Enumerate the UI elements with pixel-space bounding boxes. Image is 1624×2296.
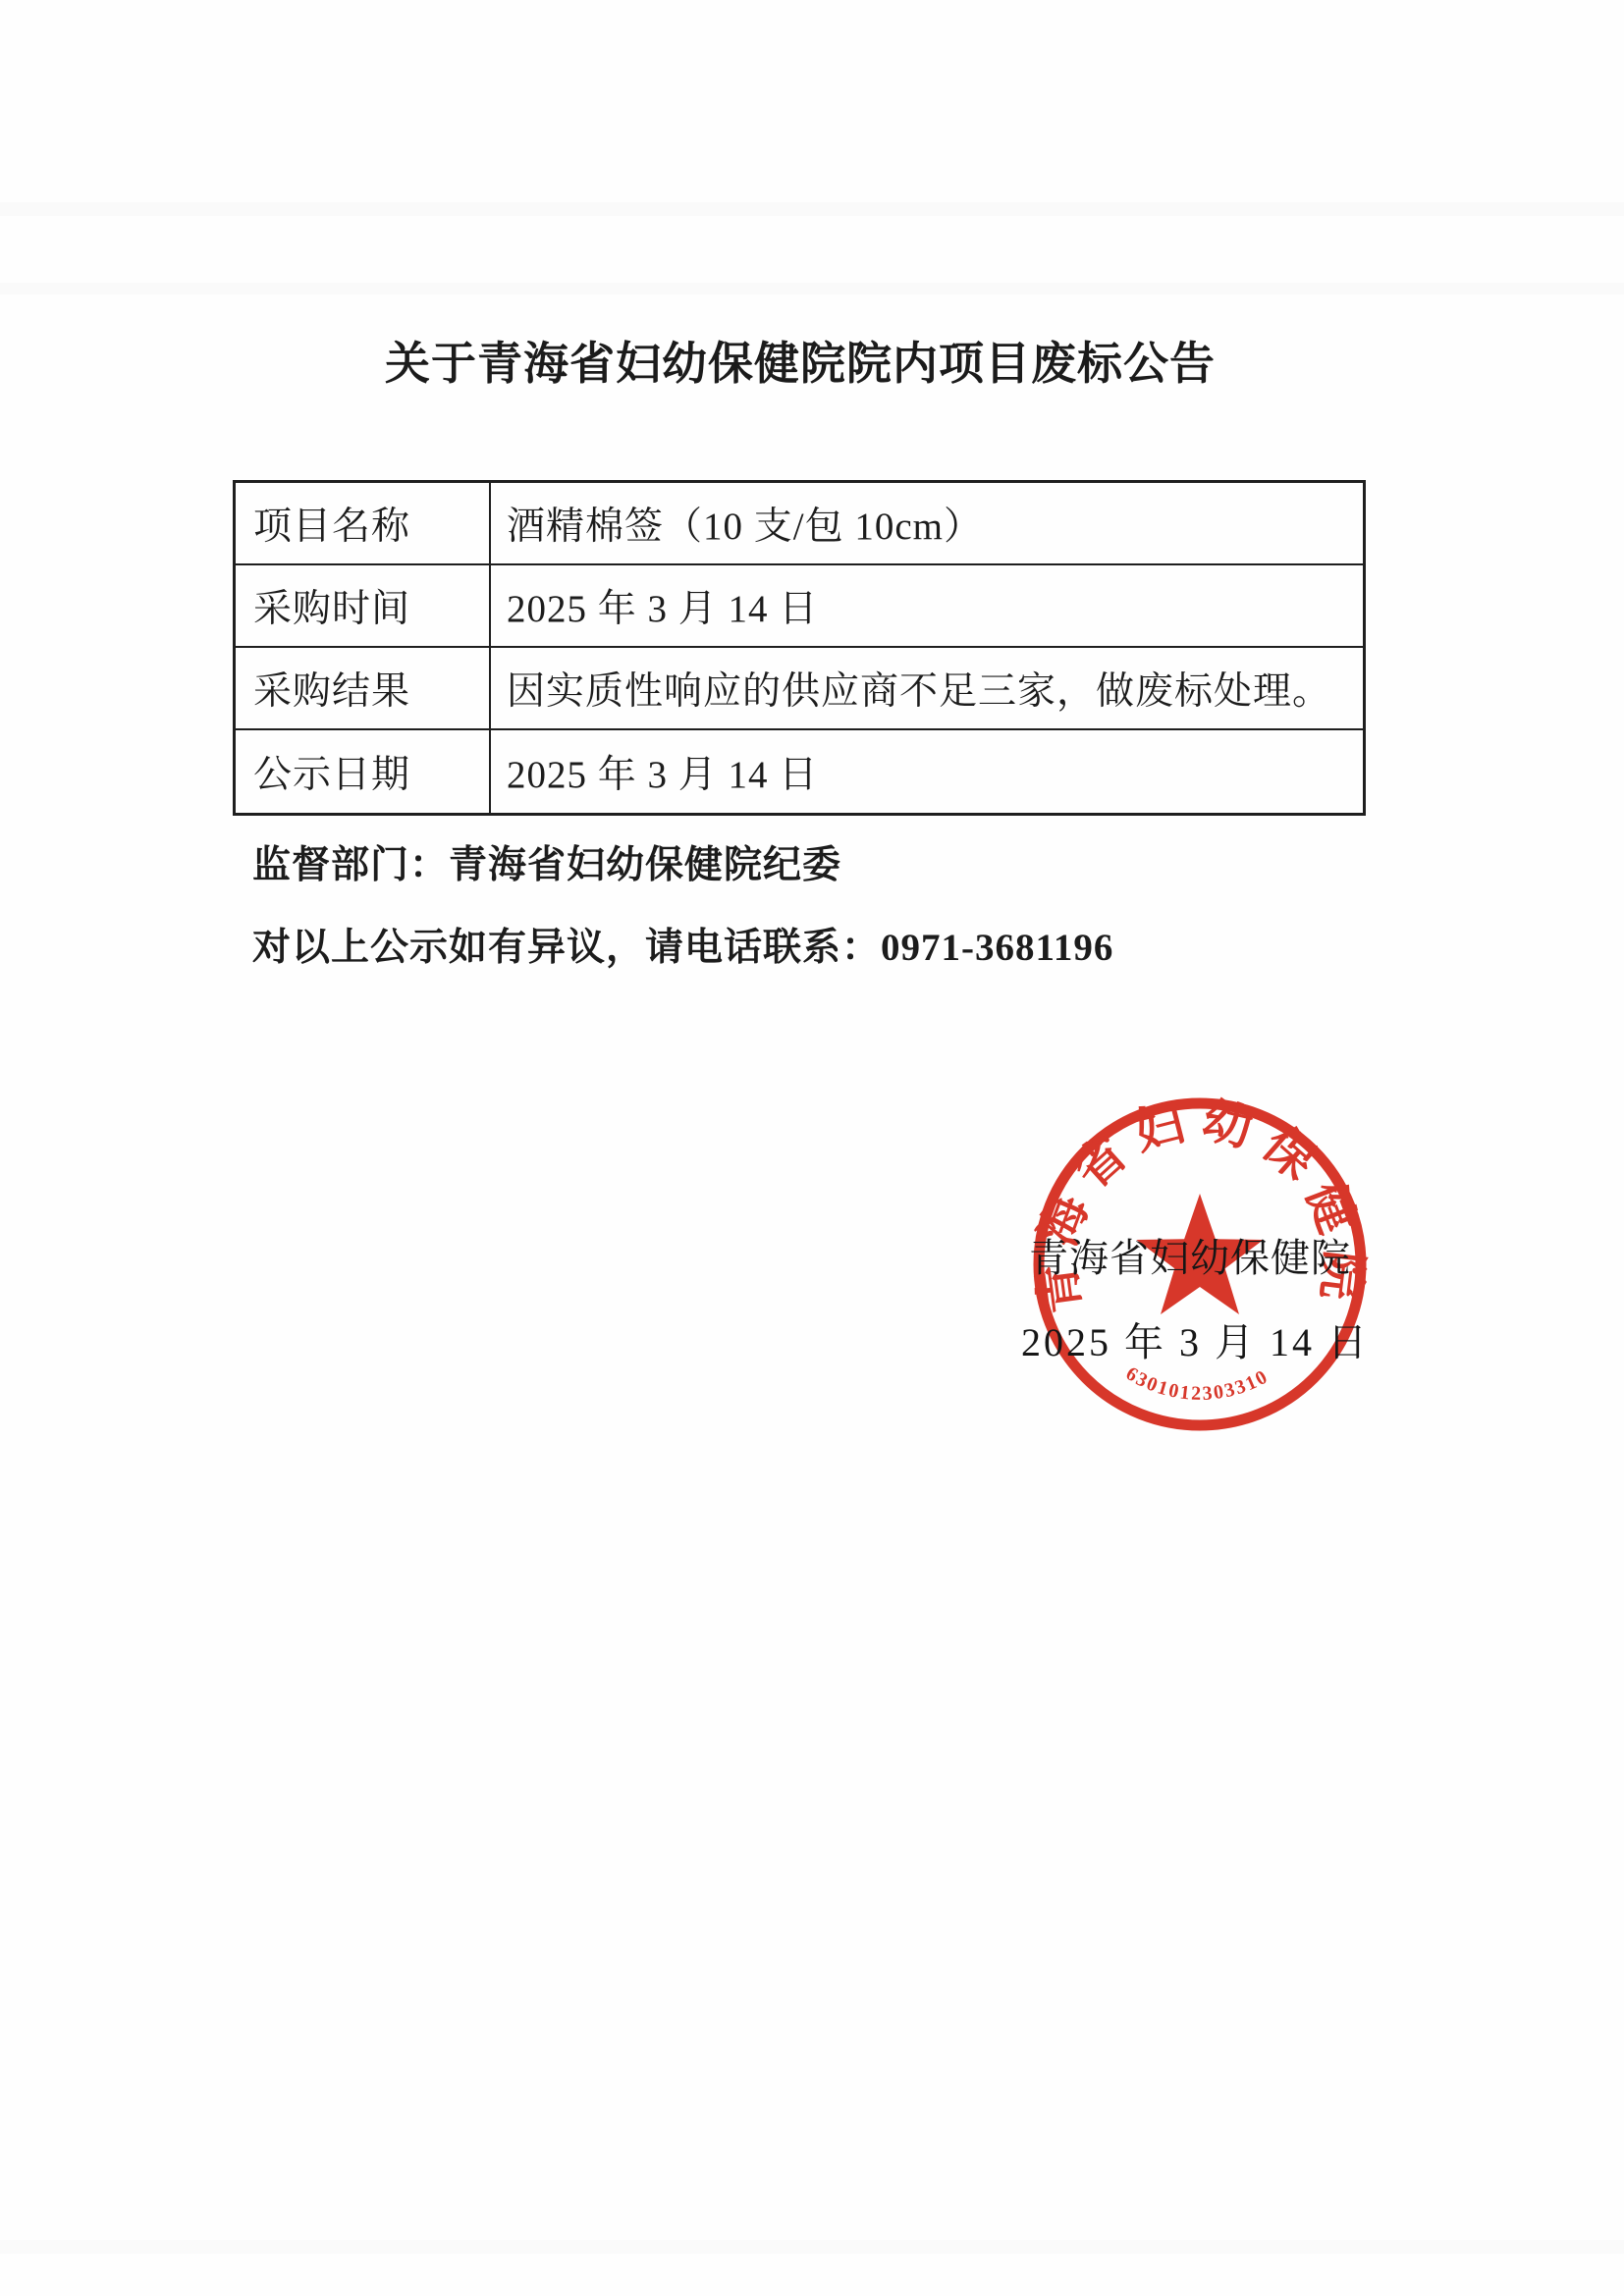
table-row-procurement-time: 采购时间 2025 年 3 月 14 日 — [236, 565, 1363, 648]
table-row-project-name: 项目名称 酒精棉签（10 支/包 10cm） — [236, 483, 1363, 565]
bid-cancellation-table: 项目名称 酒精棉签（10 支/包 10cm） 采购时间 2025 年 3 月 1… — [233, 480, 1366, 816]
row-label: 采购时间 — [236, 565, 491, 646]
table-row-publicity-date: 公示日期 2025 年 3 月 14 日 — [236, 730, 1363, 813]
page-title: 关于青海省妇幼保健院院内项目废标公告 — [20, 328, 1581, 393]
contact-line: 对以上公示如有异议，请电话联系：0971-3681196 — [252, 917, 1113, 972]
seal-serial-code: 6301012303310 — [1122, 1362, 1272, 1405]
row-label: 公示日期 — [236, 730, 491, 813]
row-value: 酒精棉签（10 支/包 10cm） — [491, 483, 1363, 563]
row-label: 采购结果 — [236, 648, 491, 728]
table-row-procurement-result: 采购结果 因实质性响应的供应商不足三家，做废标处理。 — [236, 648, 1363, 730]
row-value: 2025 年 3 月 14 日 — [491, 730, 1363, 813]
signature-date: 2025 年 3 月 14 日 — [1021, 1311, 1370, 1367]
scan-artifact-band — [0, 202, 1624, 216]
scan-artifact-band — [0, 283, 1624, 294]
row-label: 项目名称 — [236, 483, 491, 563]
signature-org: 青海省妇幼保健院 — [1029, 1227, 1351, 1283]
scan-artifact-band — [0, 2240, 1624, 2254]
supervisor-line: 监督部门：青海省妇幼保健院纪委 — [252, 834, 841, 889]
scanned-notice-page: { "document": { "title": "关于青海省妇幼保健院院内项目… — [0, 0, 1624, 2296]
row-value: 2025 年 3 月 14 日 — [491, 565, 1363, 646]
row-value: 因实质性响应的供应商不足三家，做废标处理。 — [491, 648, 1363, 728]
